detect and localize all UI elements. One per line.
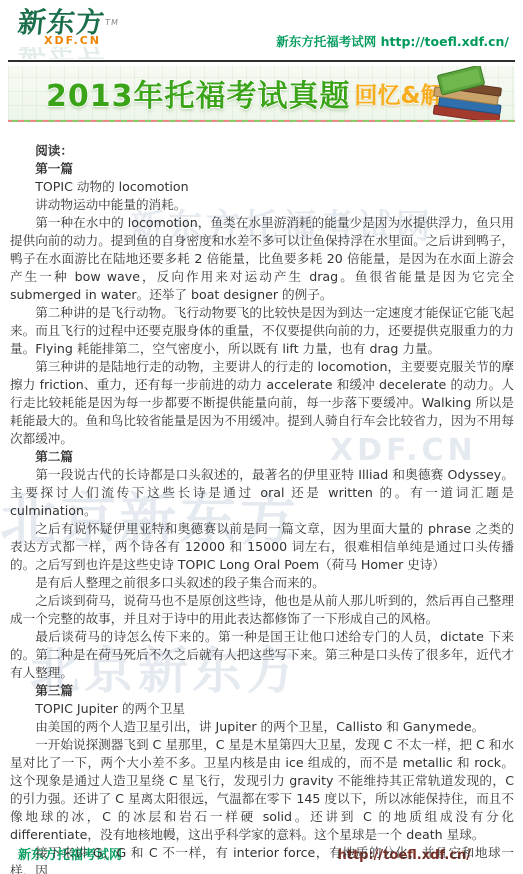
- body-paragraph: 最后谈荷马的诗怎么传下来的。第一种是国王让他口述给专门的人员，dictate 下…: [10, 628, 514, 682]
- trademark-symbol: TM: [105, 18, 120, 27]
- section-heading: 第二篇: [10, 448, 514, 466]
- body-paragraph: 第三种讲的是陆地行走的动物，主要讲人的行走的 locomotion，主要要克服关…: [10, 358, 514, 448]
- book-stack-icon: [427, 66, 513, 122]
- body-paragraph: 之后谈到荷马，说荷马也不是原创这些诗，他也是从前人那儿听到的，然后再自己整理成一…: [10, 592, 514, 628]
- page: 新东方TM XDF.CN 新东方 新东方托福考试网 http://toefl.x…: [0, 0, 523, 874]
- body-paragraph: 之后有说怀疑伊里亚特和奥德赛以前是同一篇文章，因为里面大量的 phrase 之类…: [10, 520, 514, 574]
- header: 新东方TM XDF.CN 新东方 新东方托福考试网 http://toefl.x…: [0, 0, 523, 62]
- body-paragraph: 第一种在水中的 locomotion，鱼类在水里游消耗的能量少是因为水提供浮力，…: [10, 214, 514, 304]
- body-paragraph: 讲动物运动中能量的消耗。: [10, 196, 514, 214]
- body-paragraph: 一开始说探测器飞到 C 星那里，C 星是木星第四大卫星，发现 C 不太一样，把 …: [10, 736, 514, 844]
- header-site-link[interactable]: 新东方托福考试网 http://toefl.xdf.cn/: [276, 32, 509, 50]
- body-paragraph: TOPIC 动物的 locomotion: [10, 178, 514, 196]
- body-paragraph: 接下来讲 G，G 和 C 不一样，有 interior force，有地质的分化…: [10, 844, 514, 874]
- body-paragraph: 由美国的两个人造卫星引出，讲 Jupiter 的两个卫星，Callisto 和 …: [10, 718, 514, 736]
- logo-wordmark: 新东方TM: [16, 8, 129, 38]
- body-paragraph: 第一段说古代的长诗都是口头叙述的，最著名的伊里亚特 Illiad 和奥德赛 Od…: [10, 466, 514, 520]
- banner-title: 2013年托福考试真题: [46, 71, 351, 115]
- body-paragraph: 是有后人整理之前很多口头叙述的段子集合而来的。: [10, 574, 514, 592]
- section-heading: 第三篇: [10, 682, 514, 700]
- header-divider: [8, 60, 515, 62]
- title-banner: 2013年托福考试真题 回忆&解析: [8, 66, 515, 122]
- section-heading: 阅读：: [10, 142, 514, 160]
- xdf-logo[interactable]: 新东方TM XDF.CN 新东方: [18, 8, 128, 59]
- section-heading: 第一篇: [10, 160, 514, 178]
- reading-recall-content: 阅读：第一篇TOPIC 动物的 locomotion讲动物运动中能量的消耗。第一…: [0, 122, 523, 874]
- body-paragraph: 第二种讲的是飞行动物。飞行动物要飞的比较快是因为到达一定速度才能保证它能飞起来。…: [10, 304, 514, 358]
- logo-reflection: 新东方: [17, 47, 128, 59]
- reading-blocks: 阅读：第一篇TOPIC 动物的 locomotion讲动物运动中能量的消耗。第一…: [10, 142, 514, 874]
- body-paragraph: TOPIC Jupiter 的两个卫星: [10, 700, 514, 718]
